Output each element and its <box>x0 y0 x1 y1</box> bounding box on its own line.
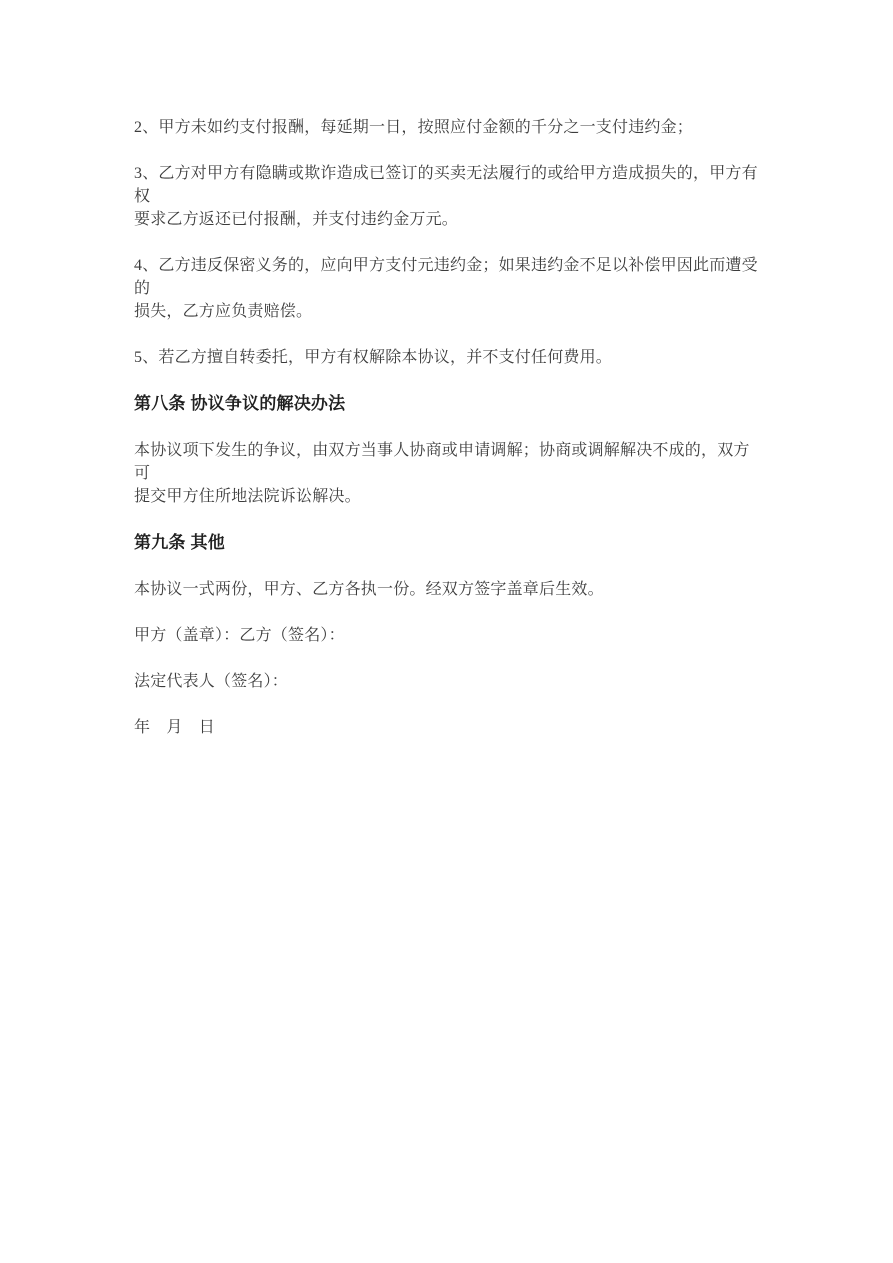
article-9-heading: 第九条 其他 <box>134 531 760 555</box>
signature-line-parties: 甲方（盖章）：乙方（签名）： <box>134 624 760 647</box>
document-page: 2、甲方未如约支付报酬，每延期一日，按照应付金额的千分之一支付违约金； 3、乙方… <box>0 0 893 1263</box>
article-8-body: 本协议项下发生的争议，由双方当事人协商或申请调解；协商或调解解决不成的，双方可 … <box>134 439 760 508</box>
clause-item-3: 3、乙方对甲方有隐瞒或欺诈造成已签订的买卖无法履行的或给甲方造成损失的，甲方有权… <box>134 162 760 231</box>
signature-line-legal-rep: 法定代表人（签名）： <box>134 670 760 693</box>
article-9-body: 本协议一式两份，甲方、乙方各执一份。经双方签字盖章后生效。 <box>134 578 760 601</box>
clause-item-5: 5、若乙方擅自转委托，甲方有权解除本协议，并不支付任何费用。 <box>134 346 760 369</box>
clause-item-2: 2、甲方未如约支付报酬，每延期一日，按照应付金额的千分之一支付违约金； <box>134 116 760 139</box>
article-8-heading: 第八条 协议争议的解决办法 <box>134 392 760 416</box>
clause-item-4: 4、乙方违反保密义务的，应向甲方支付元违约金；如果违约金不足以补偿甲因此而遭受的… <box>134 254 760 323</box>
document-content: 2、甲方未如约支付报酬，每延期一日，按照应付金额的千分之一支付违约金； 3、乙方… <box>134 116 760 739</box>
date-line: 年 月 日 <box>134 716 760 739</box>
